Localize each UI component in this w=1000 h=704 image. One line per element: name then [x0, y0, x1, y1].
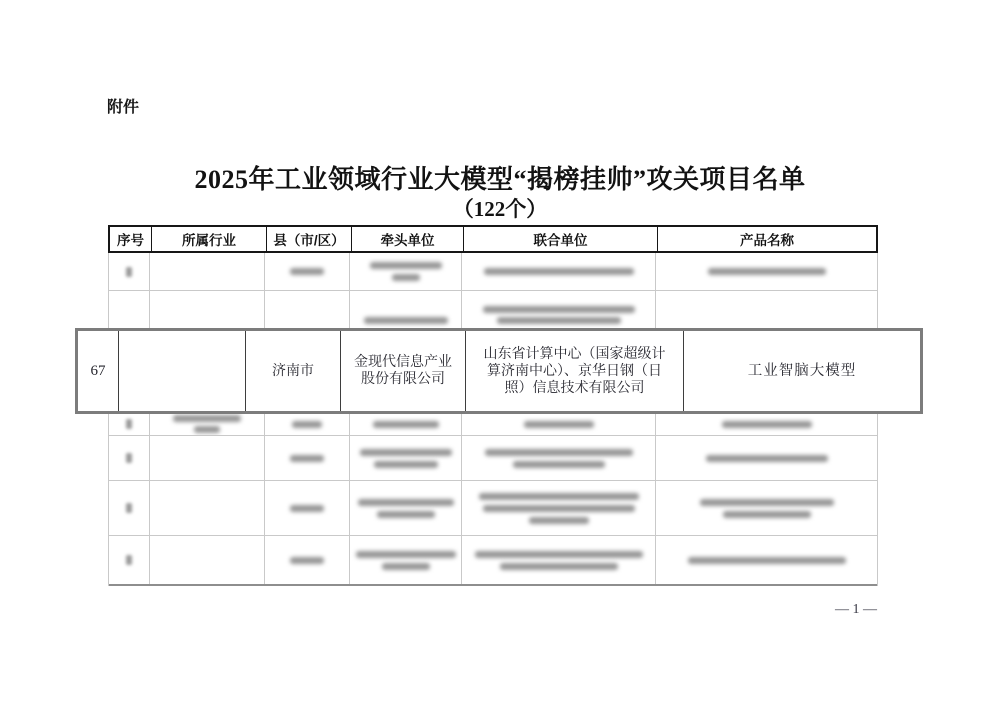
row-67-product: 工业智脑大模型: [684, 331, 920, 411]
redacted-cell: [462, 481, 656, 535]
redacted-cell: [350, 291, 462, 328]
redacted-cell: [462, 253, 656, 290]
redacted-text: [377, 511, 435, 518]
redacted-text: [483, 306, 635, 313]
redacted-text: [126, 555, 132, 565]
highlighted-row-67: 67 济南市 金现代信息产业股份有限公司 山东省计算中心（国家超级计算济南中心）…: [75, 328, 923, 414]
redacted-text: [356, 551, 456, 558]
redacted-cell: [656, 253, 877, 290]
redacted-text: [370, 262, 442, 269]
redacted-text: [126, 453, 132, 463]
row-67-industry: [119, 331, 246, 411]
table-row-redacted: [109, 253, 877, 291]
redacted-cell: [109, 536, 150, 584]
redacted-text: [290, 557, 324, 564]
redacted-text: [358, 499, 454, 506]
row-67-district: 济南市: [246, 331, 341, 411]
table-row-redacted: [109, 436, 877, 481]
redacted-text: [479, 493, 639, 500]
redacted-text: [722, 421, 812, 428]
document-subtitle: （122个）: [0, 193, 1000, 223]
redacted-text: [382, 563, 430, 570]
table-body: [108, 253, 878, 586]
redacted-cell: [150, 536, 265, 584]
redacted-text: [706, 455, 828, 462]
redacted-cell: [350, 253, 462, 290]
redacted-cell: [462, 413, 656, 435]
redacted-cell: [109, 481, 150, 535]
table-row-redacted: [109, 291, 877, 329]
document-title: 2025年工业领域行业大模型“揭榜挂帅”攻关项目名单: [0, 159, 1000, 196]
redacted-text: [483, 505, 635, 512]
redacted-text: [529, 517, 589, 524]
redacted-text: [374, 461, 438, 468]
redacted-text: [290, 455, 324, 462]
header-no: 序号: [110, 227, 152, 251]
redacted-cell: [462, 291, 656, 328]
document-page: 附件 2025年工业领域行业大模型“揭榜挂帅”攻关项目名单 （122个） 序号 …: [0, 0, 1000, 704]
redacted-cell: [350, 413, 462, 435]
redacted-cell: [265, 253, 350, 290]
redacted-text: [524, 421, 594, 428]
table-row-redacted: [109, 413, 877, 436]
redacted-cell: [109, 291, 150, 328]
redacted-text: [392, 274, 420, 281]
redacted-cell: [150, 291, 265, 328]
redacted-cell: [656, 436, 877, 480]
row-67-no: 67: [78, 331, 119, 411]
redacted-cell: [656, 413, 877, 435]
redacted-cell: [109, 436, 150, 480]
redacted-text: [485, 449, 633, 456]
redacted-cell: [109, 253, 150, 290]
redacted-text: [700, 499, 834, 506]
redacted-text: [364, 317, 448, 324]
redacted-cell: [462, 536, 656, 584]
redacted-cell: [656, 481, 877, 535]
redacted-cell: [150, 253, 265, 290]
redacted-cell: [656, 291, 877, 328]
redacted-cell: [265, 291, 350, 328]
redacted-cell: [265, 413, 350, 435]
redacted-cell: [109, 413, 150, 435]
redacted-text: [290, 268, 324, 275]
redacted-text: [500, 563, 618, 570]
redacted-cell: [462, 436, 656, 480]
header-product: 产品名称: [658, 227, 876, 251]
redacted-cell: [265, 436, 350, 480]
redacted-text: [484, 268, 634, 275]
redacted-cell: [265, 481, 350, 535]
redacted-text: [290, 505, 324, 512]
attachment-label: 附件: [107, 94, 139, 117]
redacted-cell: [350, 481, 462, 535]
page-number: — 1 —: [818, 602, 894, 618]
redacted-cell: [150, 481, 265, 535]
row-67-joint-unit: 山东省计算中心（国家超级计算济南中心）、京华日钢（日照）信息技术有限公司: [466, 331, 684, 411]
redacted-cell: [656, 536, 877, 584]
redacted-text: [292, 421, 322, 428]
redacted-text: [708, 268, 826, 275]
redacted-text: [126, 503, 132, 513]
redacted-cell: [265, 536, 350, 584]
redacted-text: [360, 449, 452, 456]
redacted-cell: [350, 536, 462, 584]
redacted-text: [126, 267, 132, 277]
header-lead-unit: 牵头单位: [352, 227, 464, 251]
header-district: 县（市/区）: [267, 227, 352, 251]
redacted-text: [688, 557, 846, 564]
header-industry: 所属行业: [152, 227, 267, 251]
redacted-text: [513, 461, 605, 468]
redacted-cell: [150, 436, 265, 480]
redacted-text: [373, 421, 439, 428]
redacted-text: [126, 419, 132, 429]
table-row-redacted: [109, 536, 877, 586]
redacted-text: [173, 415, 241, 422]
table-row-redacted: [109, 481, 877, 536]
redacted-text: [497, 317, 621, 324]
redacted-text: [475, 551, 643, 558]
row-67-lead-unit: 金现代信息产业股份有限公司: [341, 331, 466, 411]
table-header-row: 序号 所属行业 县（市/区） 牵头单位 联合单位 产品名称: [108, 225, 878, 253]
redacted-cell: [150, 413, 265, 435]
redacted-text: [194, 426, 220, 433]
redacted-text: [723, 511, 811, 518]
redacted-cell: [350, 436, 462, 480]
header-joint-unit: 联合单位: [464, 227, 658, 251]
